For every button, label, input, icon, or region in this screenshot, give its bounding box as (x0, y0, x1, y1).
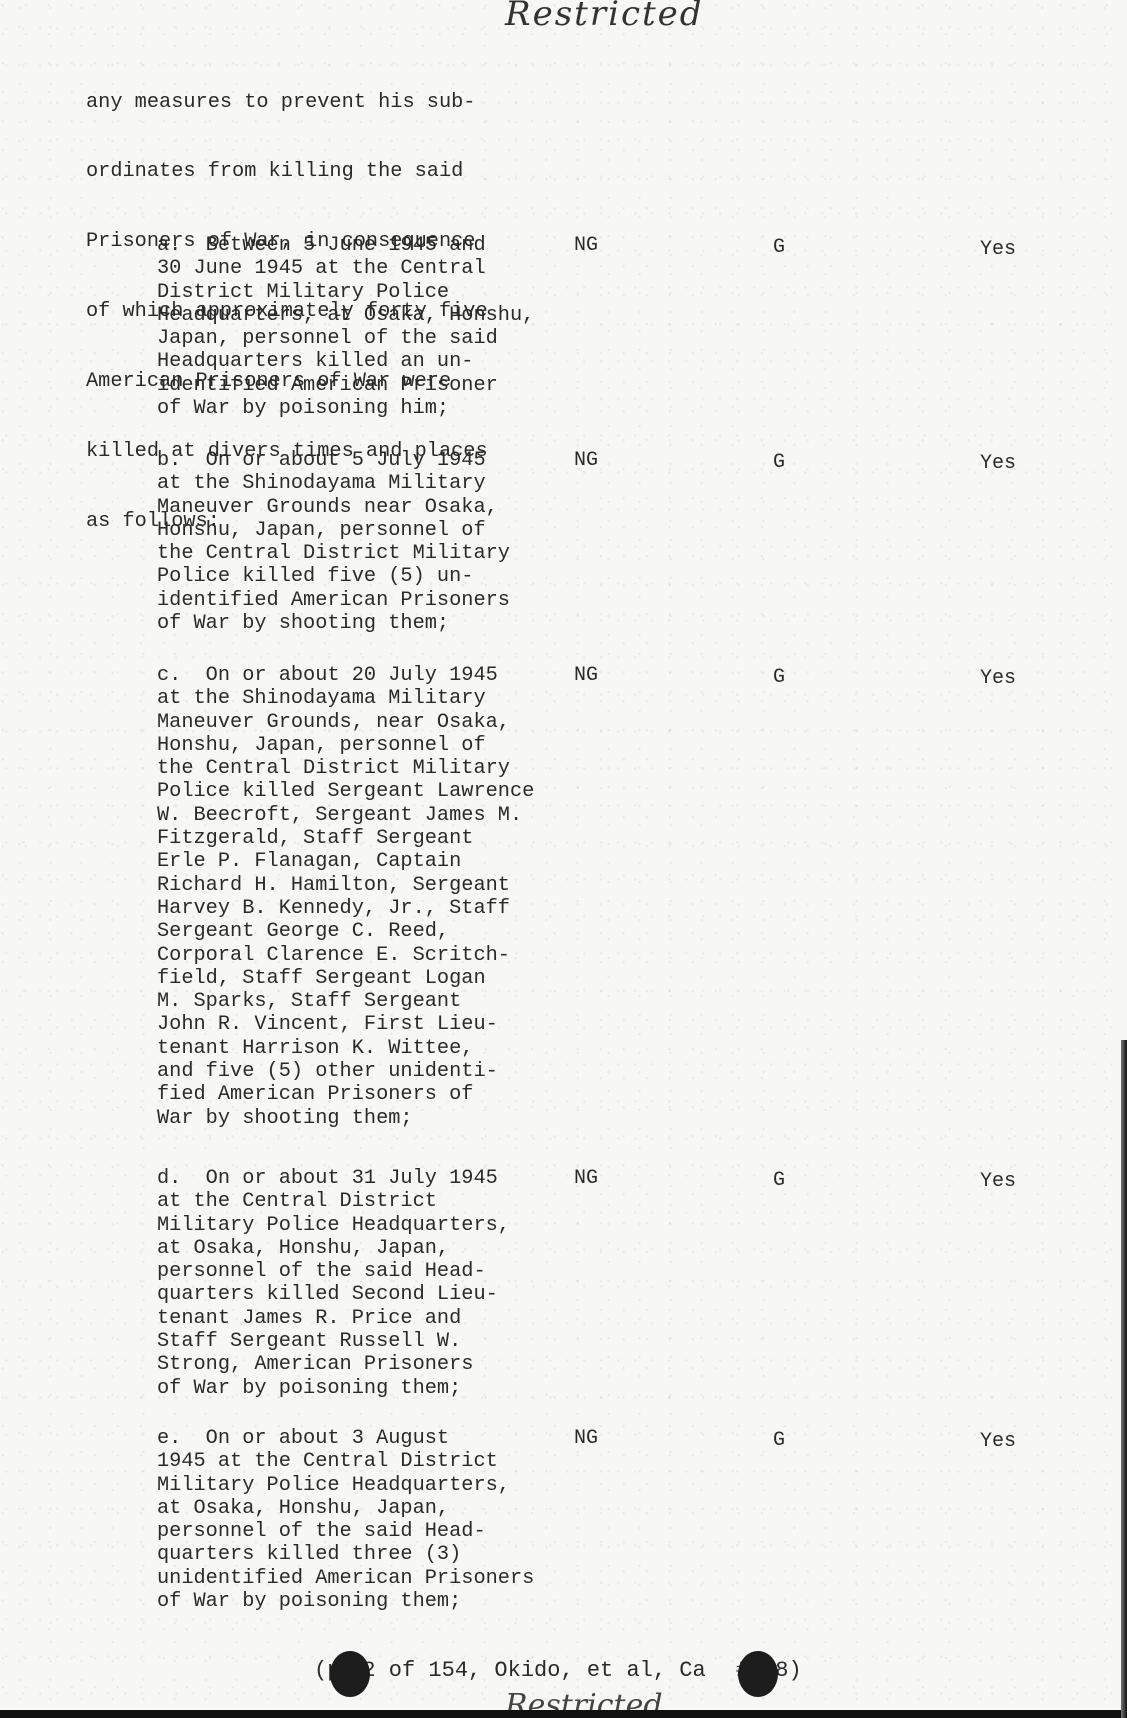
document-page: Restricted any measures to prevent his s… (0, 0, 1127, 1718)
spec-line: at Osaka, Honshu, Japan, (157, 1237, 510, 1260)
spec-line: of War by poisoning him; (157, 397, 534, 420)
specification-a: a. Between 5 June 1945 and 30 June 1945 … (157, 234, 534, 420)
redaction-dot (330, 1651, 370, 1697)
redaction-dot (738, 1651, 778, 1697)
spec-line: Headquarters, at Osaka, Honshu, (157, 304, 534, 327)
spec-line: identified American Prisoner (157, 374, 534, 397)
spec-line: Fitzgerald, Staff Sergeant (157, 827, 534, 850)
spec-line: M. Sparks, Staff Sergeant (157, 990, 534, 1013)
spec-line: Strong, American Prisoners (157, 1353, 510, 1376)
spec-line: unidentified American Prisoners (157, 1567, 534, 1590)
specification-b: b. On or about 5 July 1945 at the Shinod… (157, 449, 510, 635)
approved-e: Yes (980, 1430, 1016, 1453)
spec-line: W. Beecroft, Sergeant James M. (157, 804, 534, 827)
finding-d: G (773, 1169, 785, 1192)
spec-line: 1945 at the Central District (157, 1450, 534, 1473)
spec-line: Japan, personnel of the said (157, 327, 534, 350)
spec-line: Sergeant George C. Reed, (157, 920, 534, 943)
approved-d: Yes (980, 1170, 1016, 1193)
approved-b: Yes (980, 452, 1016, 475)
spec-line: of War by shooting them; (157, 612, 510, 635)
spec-line: identified American Prisoners (157, 589, 510, 612)
specification-e: e. On or about 3 August 1945 at the Cent… (157, 1427, 534, 1613)
spec-line: Maneuver Grounds near Osaka, (157, 496, 510, 519)
finding-a: G (773, 236, 785, 259)
spec-line: Honshu, Japan, personnel of (157, 519, 510, 542)
specification-d: d. On or about 31 July 1945 at the Centr… (157, 1167, 510, 1400)
spec-line: tenant James R. Price and (157, 1307, 510, 1330)
spec-line: Police killed five (5) un- (157, 565, 510, 588)
finding-e: G (773, 1429, 785, 1452)
spec-line: John R. Vincent, First Lieu- (157, 1013, 534, 1036)
plea-c: NG (574, 664, 598, 687)
spec-line: c. On or about 20 July 1945 (157, 664, 534, 687)
restricted-stamp-top: Restricted (505, 0, 704, 34)
spec-line: at Osaka, Honshu, Japan, (157, 1497, 534, 1520)
spec-line: Richard H. Hamilton, Sergeant (157, 874, 534, 897)
spec-line: Staff Sergeant Russell W. (157, 1330, 510, 1353)
scan-edge-bottom (0, 1710, 1127, 1718)
spec-line: of War by poisoning them; (157, 1377, 510, 1400)
spec-line: d. On or about 31 July 1945 (157, 1167, 510, 1190)
intro-line: ordinates from killing the said (86, 160, 488, 183)
plea-b: NG (574, 449, 598, 472)
spec-line: Harvey B. Kennedy, Jr., Staff (157, 897, 534, 920)
spec-line: War by shooting them; (157, 1107, 534, 1130)
spec-line: Police killed Sergeant Lawrence (157, 780, 534, 803)
spec-line: Military Police Headquarters, (157, 1474, 534, 1497)
spec-line: the Central District Military (157, 542, 510, 565)
finding-b: G (773, 451, 785, 474)
spec-line: quarters killed three (3) (157, 1543, 534, 1566)
plea-e: NG (574, 1427, 598, 1450)
spec-line: personnel of the said Head- (157, 1260, 510, 1283)
intro-line: any measures to prevent his sub- (86, 91, 488, 114)
specification-c: c. On or about 20 July 1945 at the Shino… (157, 664, 534, 1130)
spec-line: Corporal Clarence E. Scritch- (157, 944, 534, 967)
plea-a: NG (574, 234, 598, 257)
plea-d: NG (574, 1167, 598, 1190)
spec-line: Honshu, Japan, personnel of (157, 734, 534, 757)
spec-line: at the Shinodayama Military (157, 472, 510, 495)
spec-line: a. Between 5 June 1945 and (157, 234, 534, 257)
spec-line: fied American Prisoners of (157, 1083, 534, 1106)
spec-line: at the Shinodayama Military (157, 687, 534, 710)
spec-line: Erle P. Flanagan, Captain (157, 850, 534, 873)
spec-line: Headquarters killed an un- (157, 350, 534, 373)
spec-line: District Military Police (157, 281, 534, 304)
spec-line: Maneuver Grounds, near Osaka, (157, 711, 534, 734)
footer-text-middle: 2 of 154, Okido, et al, Ca (362, 1658, 705, 1683)
finding-c: G (773, 666, 785, 689)
approved-c: Yes (980, 667, 1016, 690)
spec-line: at the Central District (157, 1190, 510, 1213)
scan-edge-right (1121, 1040, 1127, 1718)
spec-line: of War by poisoning them; (157, 1590, 534, 1613)
approved-a: Yes (980, 238, 1016, 261)
spec-line: and five (5) other unidenti- (157, 1060, 534, 1083)
spec-line: quarters killed Second Lieu- (157, 1283, 510, 1306)
page-footer: (p2 of 154, Okido, et al, Ca#328) (314, 1658, 802, 1683)
spec-line: tenant Harrison K. Wittee, (157, 1037, 534, 1060)
spec-line: personnel of the said Head- (157, 1520, 534, 1543)
spec-line: the Central District Military (157, 757, 534, 780)
spec-line: e. On or about 3 August (157, 1427, 534, 1450)
spec-line: Military Police Headquarters, (157, 1214, 510, 1237)
spec-line: b. On or about 5 July 1945 (157, 449, 510, 472)
spec-line: field, Staff Sergeant Logan (157, 967, 534, 990)
spec-line: 30 June 1945 at the Central (157, 257, 534, 280)
